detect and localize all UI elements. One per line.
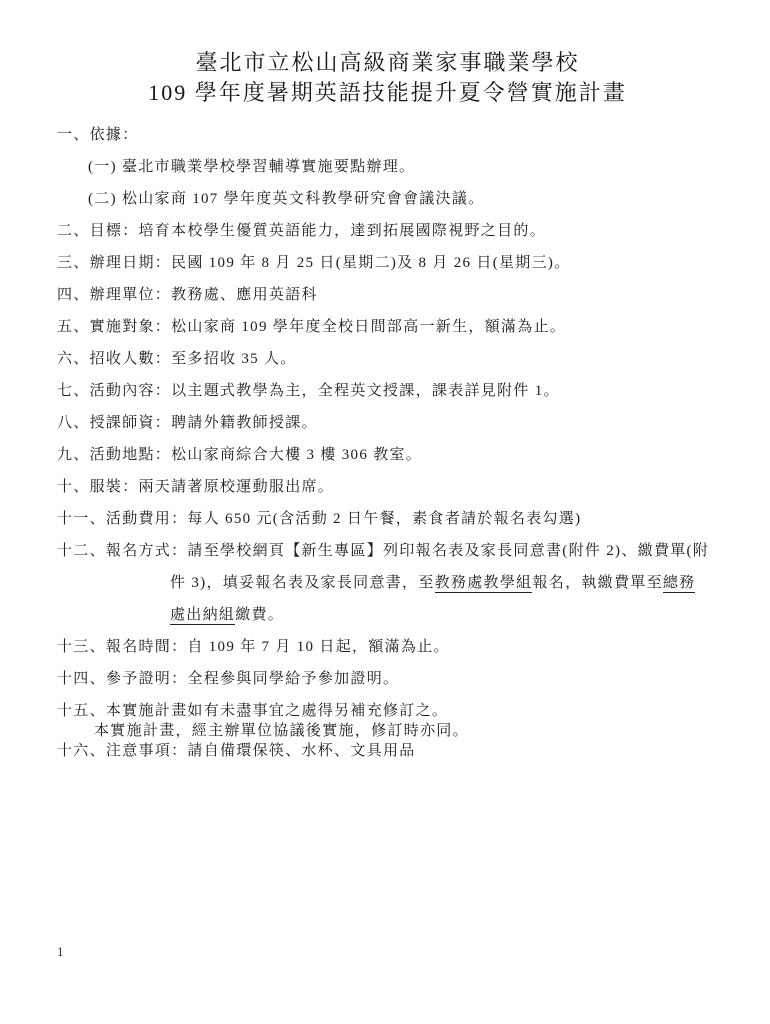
document-line: 七、活動內容：以主題式教學為主，全程英文授課，課表詳見附件 1。 [57,381,718,401]
text-segment: 五、實施對象：松山家商 109 學年度全校日間部高一新生，額滿為止。 [57,319,566,335]
document-line: 處出納組繳費。 [57,605,718,625]
document-line: 十一、活動費用：每人 650 元(含活動 2 日午餐，素食者請於報名表勾選) [57,509,718,529]
document-line: 十、服裝：兩天請著原校運動服出席。 [57,477,718,497]
document-line: 二、目標：培育本校學生優質英語能力，達到拓展國際視野之目的。 [57,221,718,241]
document-title-line2: 109 學年度暑期英語技能提升夏令營實施計畫 [57,78,718,108]
text-segment: 繳費。 [235,607,284,623]
document-title-line1: 臺北市立松山高級商業家事職業學校 [57,48,718,78]
text-segment: 十四、參予證明：全程參與同學給予參加證明。 [57,671,399,687]
document-line: 十六、注意事項：請自備環保筷、水杯、文具用品 [57,741,718,761]
text-segment: 十二、報名方式：請至學校網頁【新生專區】列印報名表及家長同意書(附件 2)、繳費… [57,543,709,559]
text-segment: 本實施計畫，經主辦單位協議後實施，修訂時亦同。 [94,723,469,739]
page-number: 1 [57,944,64,960]
document-line: 十二、報名方式：請至學校網頁【新生專區】列印報名表及家長同意書(附件 2)、繳費… [57,541,718,561]
text-segment: 六、招收人數：至多招收 35 人。 [57,351,297,367]
text-segment: 四、辦理單位：教務處、應用英語科 [57,287,318,303]
document-content: 臺北市立松山高級商業家事職業學校 109 學年度暑期英語技能提升夏令營實施計畫 … [57,48,718,761]
underlined-text: 處出納組 [170,607,235,625]
underlined-text: 總務 [663,575,696,593]
document-line: 三、辦理日期：民國 109 年 8 月 25 日(星期二)及 8 月 26 日(… [57,253,718,273]
text-segment: 七、活動內容：以主題式教學為主，全程英文授課，課表詳見附件 1。 [57,383,560,399]
text-segment: (一) 臺北市職業學校學習輔導實施要點辦理。 [88,159,415,175]
document-line: 八、授課師資：聘請外籍教師授課。 [57,413,718,433]
text-segment: 十三、報名時間：自 109 年 7 月 10 日起，額滿為止。 [57,639,450,655]
document-line: (二) 松山家商 107 學年度英文科教學研究會會議決議。 [57,189,718,209]
document-line: 件 3)，填妥報名表及家長同意書，至教務處教學組報名，執繳費單至總務 [57,573,718,593]
document-line: 十三、報名時間：自 109 年 7 月 10 日起，額滿為止。 [57,637,718,657]
document-line: 本實施計畫，經主辦單位協議後實施，修訂時亦同。 [57,721,718,741]
document-body: 一、依據：(一) 臺北市職業學校學習輔導實施要點辦理。(二) 松山家商 107 … [57,125,718,761]
document-line: 六、招收人數：至多招收 35 人。 [57,349,718,369]
document-line: 五、實施對象：松山家商 109 學年度全校日間部高一新生，額滿為止。 [57,317,718,337]
document-line: 四、辦理單位：教務處、應用英語科 [57,285,718,305]
text-segment: (二) 松山家商 107 學年度英文科教學研究會會議決議。 [88,191,484,207]
text-segment: 十一、活動費用：每人 650 元(含活動 2 日午餐，素食者請於報名表勾選) [57,511,581,527]
document-line: 十四、參予證明：全程參與同學給予參加證明。 [57,669,718,689]
text-segment: 十、服裝：兩天請著原校運動服出席。 [57,479,334,495]
text-segment: 八、授課師資：聘請外籍教師授課。 [57,415,318,431]
underlined-text: 教務處教學組 [435,575,533,593]
text-segment: 十五、本實施計畫如有未盡事宜之處得另補充修訂之。 [57,703,448,719]
text-segment: 十六、注意事項：請自備環保筷、水杯、文具用品 [57,743,416,759]
text-segment: 三、辦理日期：民國 109 年 8 月 25 日(星期二)及 8 月 26 日(… [57,255,570,271]
text-segment: 報名，執繳費單至 [532,575,662,591]
text-segment: 件 3)，填妥報名表及家長同意書，至 [170,575,435,591]
text-segment: 二、目標：培育本校學生優質英語能力，達到拓展國際視野之目的。 [57,223,546,239]
text-segment: 九、活動地點：松山家商綜合大樓 3 樓 306 教室。 [57,447,422,463]
document-line: 十五、本實施計畫如有未盡事宜之處得另補充修訂之。 [57,701,718,721]
document-page: 臺北市立松山高級商業家事職業學校 109 學年度暑期英語技能提升夏令營實施計畫 … [0,0,770,1024]
document-line: 一、依據： [57,125,718,145]
document-line: (一) 臺北市職業學校學習輔導實施要點辦理。 [57,157,718,177]
document-line: 九、活動地點：松山家商綜合大樓 3 樓 306 教室。 [57,445,718,465]
text-segment: 一、依據： [57,127,139,143]
